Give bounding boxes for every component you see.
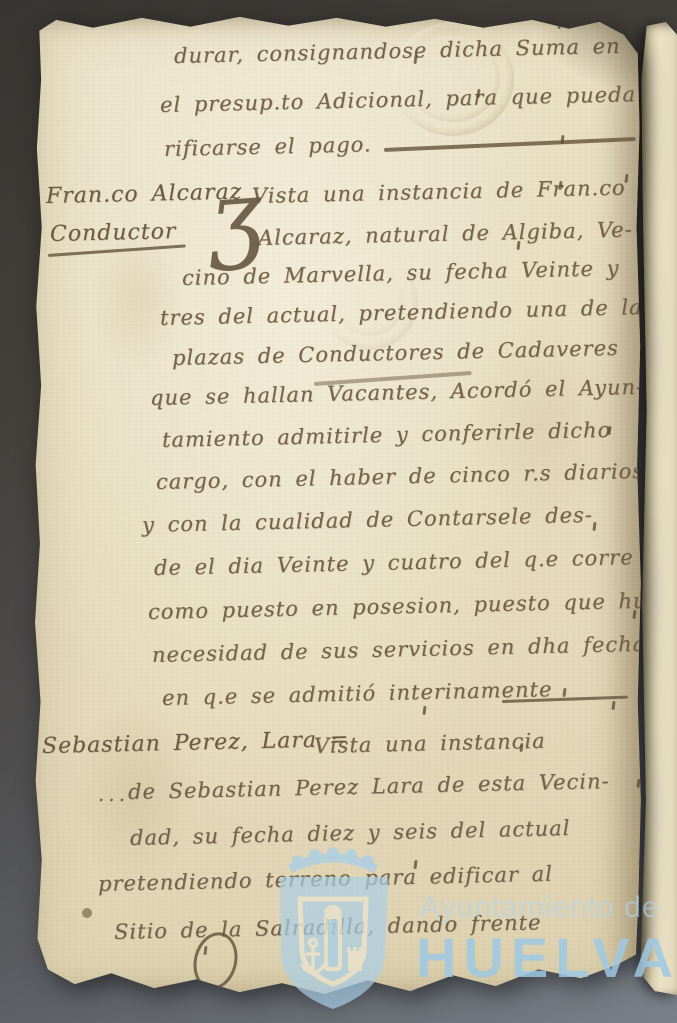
manuscript-line: rificarse el pago.: [164, 132, 372, 161]
ink-spot: [82, 908, 92, 918]
manuscript-page-wrap: durar, consignandose dicha Suma en el pr…: [32, 10, 642, 998]
ink-tick: [557, 20, 561, 29]
next-page-paper: [640, 20, 677, 995]
margin-note-alcaraz-role: Conductor: [50, 219, 177, 247]
ink-tick: [638, 856, 642, 865]
next-page-edge: [640, 20, 677, 995]
leader-dots: ...: [98, 782, 129, 806]
manuscript-page: durar, consignandose dicha Suma en el pr…: [32, 10, 642, 998]
archive-photo: durar, consignandose dicha Suma en el pr…: [0, 0, 677, 1023]
brace-flourish: ʒ: [205, 166, 266, 266]
